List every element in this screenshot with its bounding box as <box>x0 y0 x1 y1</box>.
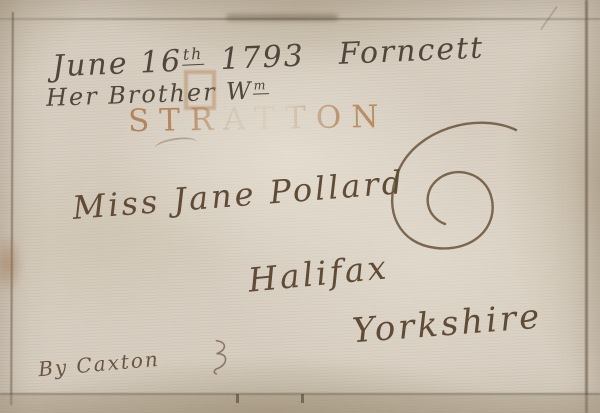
paper-bottom-band <box>0 395 600 413</box>
ink-stain <box>0 233 24 295</box>
postmark-stratton: STRATTON <box>128 99 389 140</box>
docket-place: Forncett <box>338 31 485 72</box>
pen-flourish <box>206 336 235 376</box>
paper-crease-smudge <box>226 14 338 21</box>
docket-year: 1793 <box>220 38 306 77</box>
destination-county: Yorkshire <box>351 297 544 352</box>
recipient-line: Miss Jane Pollard <box>71 163 406 227</box>
paper-edge-right <box>585 0 588 413</box>
scanned-letter-cover: June 16th1793Forncett Her Brother Wm STR… <box>0 0 600 413</box>
docket-date-text: June 16 <box>51 44 183 85</box>
destination-town: Halifax <box>246 247 390 299</box>
paper-crease-top <box>0 18 600 20</box>
route-note: By Caxton <box>37 347 160 382</box>
paper-fold-tick <box>301 394 304 403</box>
docket-note-superscript: m <box>252 77 268 95</box>
paper-edge-left <box>10 12 14 405</box>
paper-crease-bottom <box>0 393 600 395</box>
paper-scratch <box>540 6 558 30</box>
paper-fold-tick <box>236 394 239 403</box>
route-note-text: By Caxton <box>37 347 160 382</box>
docket-date-superscript: th <box>182 45 205 66</box>
